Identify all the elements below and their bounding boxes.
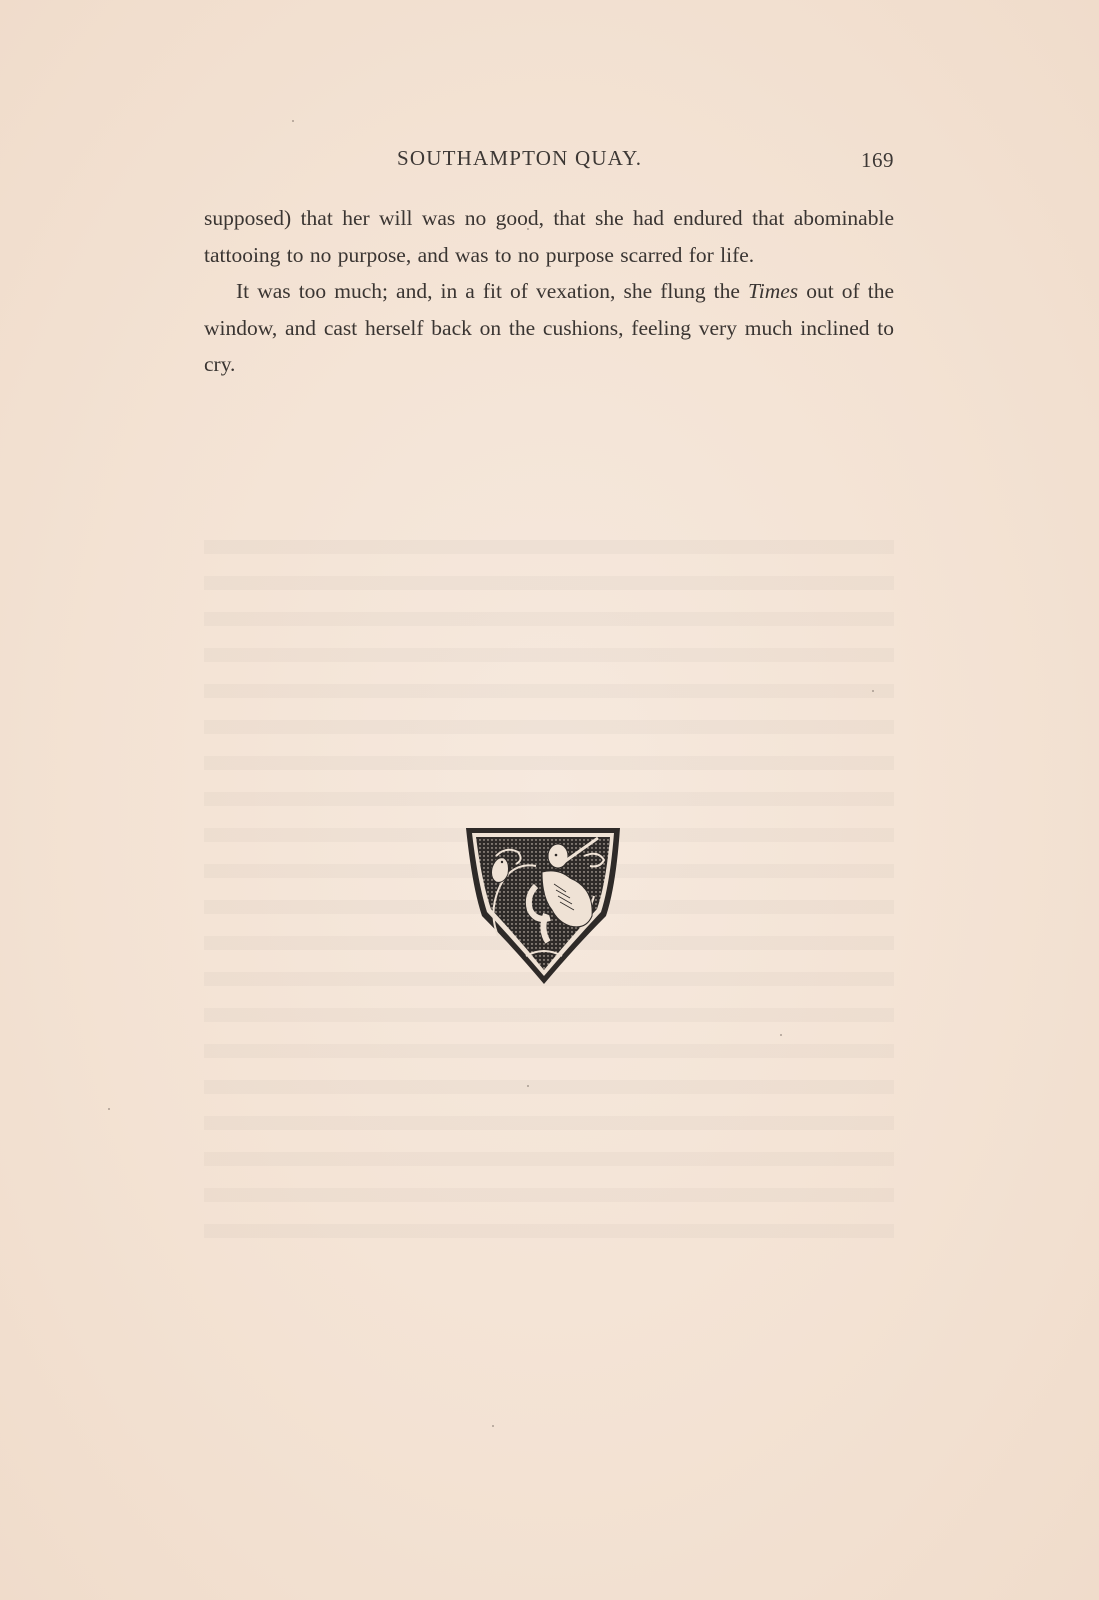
paper-speck — [108, 1108, 110, 1110]
body-text: supposed) that her will was no good, tha… — [204, 200, 894, 383]
paper-speck — [292, 120, 294, 122]
paragraph-continued: supposed) that her will was no good, tha… — [204, 200, 894, 273]
tailpiece-ornament-icon — [466, 826, 626, 986]
paper-speck — [492, 1425, 494, 1427]
paper-speck — [527, 1085, 529, 1087]
page-number: 169 — [861, 148, 894, 173]
running-head: SOUTHAMPTON QUAY. 169 — [204, 146, 894, 176]
book-page: SOUTHAMPTON QUAY. 169 supposed) that her… — [0, 0, 1099, 1600]
paper-speck — [780, 1034, 782, 1036]
newspaper-title: Times — [748, 279, 798, 303]
paragraph: It was too much; and, in a fit of vexati… — [204, 273, 894, 383]
running-title: SOUTHAMPTON QUAY. — [397, 146, 642, 171]
paper-speck — [527, 228, 529, 230]
paragraph-text-start: It was too much; and, in a fit of vexati… — [236, 279, 748, 303]
paper-speck — [872, 690, 874, 692]
